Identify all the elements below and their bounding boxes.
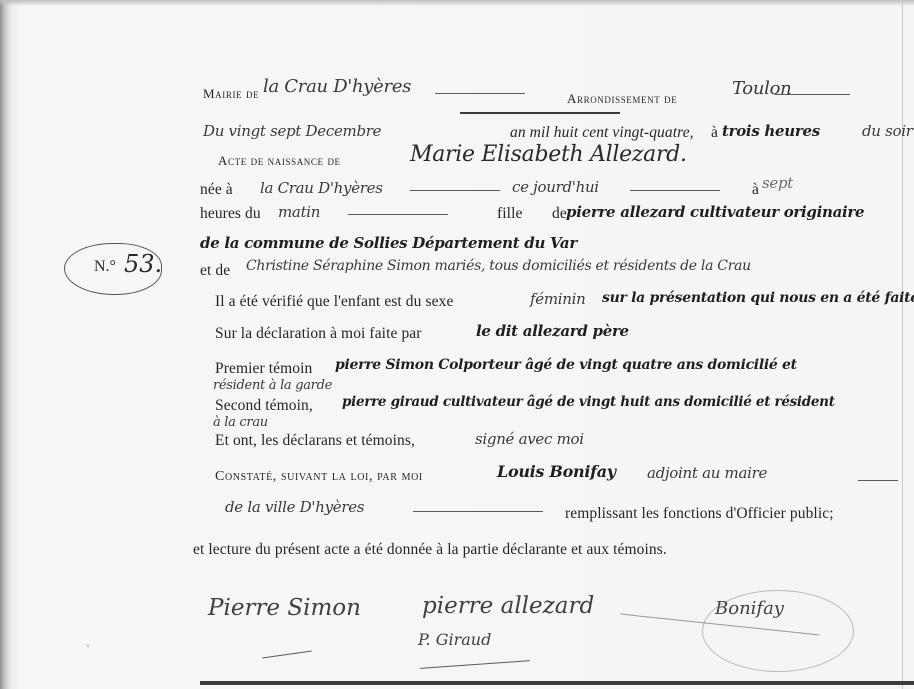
et-de-label: et de — [200, 262, 230, 280]
record-number-label: N.° — [94, 258, 116, 276]
second-witness-label: Second témoin, — [215, 397, 313, 415]
fill-line — [435, 93, 525, 94]
acte-label: Acte de naissance de — [218, 152, 341, 170]
arrondissement-label: Arrondissement de — [567, 90, 677, 108]
sex-note: sur la présentation qui nous en a été fa… — [602, 290, 914, 306]
closing-text: et lecture du présent acte a été donnée … — [193, 541, 667, 559]
officer-role: adjoint au maire — [647, 464, 767, 482]
arrondissement-value: Toulon — [732, 78, 791, 99]
fill-line — [348, 214, 448, 215]
document-page — [0, 0, 914, 689]
signing-label: Et ont, les déclarans et témoins, — [215, 432, 415, 450]
birth-hour: sept — [762, 174, 793, 192]
fill-line — [630, 190, 720, 191]
year-text: an mil huit cent vingt-quatre, — [510, 124, 694, 142]
child-name: Marie Elisabeth Allezard. — [410, 142, 687, 167]
officer-commune: de la ville D'hyères — [225, 498, 364, 516]
birth-day: ce jourd'hui — [512, 178, 599, 196]
scan-shadow — [0, 0, 914, 6]
fill-line — [775, 94, 850, 95]
date-day-month: Du vingt sept Decembre — [203, 122, 381, 140]
heures-label: heures du — [200, 205, 261, 223]
function-text: remplissant les fonctions d'Officier pub… — [565, 505, 834, 523]
fill-line — [410, 190, 500, 191]
mairie-value: la Crau D'hyères — [263, 76, 411, 97]
margin-rule — [902, 0, 903, 689]
signature-3: P. Giraud — [418, 630, 491, 649]
officer-name: Louis Bonifay — [497, 462, 616, 481]
time-suffix: du soir — [862, 122, 913, 140]
mother-name: Christine Séraphine Simon mariés, tous d… — [246, 258, 751, 274]
record-number-value: 53. — [124, 250, 162, 278]
a-label: à — [752, 181, 759, 199]
declaration-value: le dit allezard père — [476, 322, 629, 340]
officer-label: Constaté, suivant la loi, par moi — [215, 467, 423, 485]
fill-line — [413, 511, 543, 512]
birth-period: matin — [278, 203, 320, 221]
second-witness-value: pierre giraud cultivateur âgé de vingt h… — [342, 394, 835, 410]
father-origin: de la commune de Sollies Département du … — [200, 234, 577, 252]
rule-line — [460, 112, 620, 114]
mairie-label: Mairie de — [203, 85, 259, 103]
father-name: pierre allezard cultivateur originaire — [566, 203, 864, 221]
time-value: trois heures — [722, 122, 820, 140]
margin-mark: ◦ — [86, 641, 90, 652]
de-label: de — [552, 205, 567, 223]
sex-value: féminin — [530, 290, 585, 308]
birth-place: la Crau D'hyères — [260, 179, 383, 197]
first-witness-continuation: résident à la garde — [213, 378, 332, 393]
fill-line — [858, 480, 898, 481]
first-witness-label: Premier témoin — [215, 360, 312, 378]
time-prefix: à — [711, 124, 718, 142]
first-witness-value: pierre Simon Colporteur âgé de vingt qua… — [335, 357, 797, 373]
second-witness-continuation: à la crau — [213, 415, 268, 430]
declaration-label: Sur la déclaration à moi faite par — [215, 325, 422, 343]
signature-1: Pierre Simon — [208, 595, 361, 621]
signing-value: signé avec moi — [475, 430, 584, 448]
fille-label: fille — [497, 205, 522, 223]
signature-2: pierre allezard — [422, 593, 594, 619]
bottom-rule — [200, 681, 914, 685]
sex-label: Il a été vérifié que l'enfant est du sex… — [215, 293, 453, 311]
nee-label: née à — [200, 181, 233, 199]
